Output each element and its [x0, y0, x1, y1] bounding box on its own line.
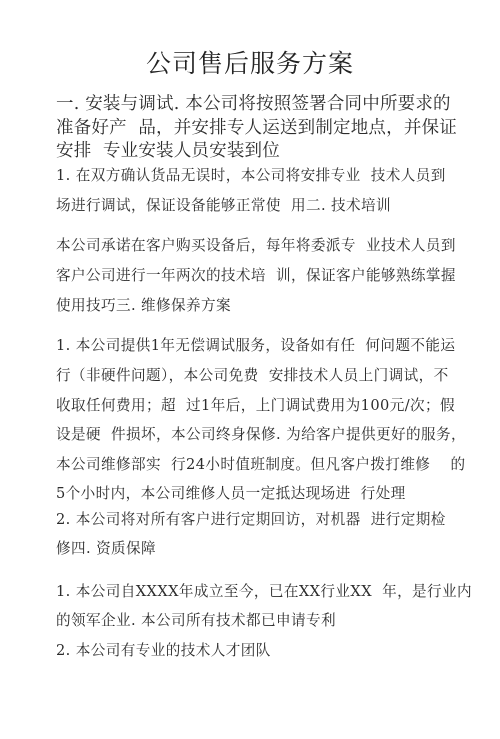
paragraph-line: 行（非硬件问题），本公司免费 安排技术人员上门调试，不	[56, 366, 449, 386]
document-title: 公司售后服务方案	[0, 48, 500, 80]
paragraph-line: 收取任何费用；超 过1年后，上门调试费用为100元/次；假	[56, 396, 455, 416]
paragraph-line: 1. 在双方确认货品无误时，本公司将安排专业 技术人员到	[56, 166, 446, 186]
paragraph-line: 本公司维修部实 行24小时值班制度。但凡客户拨打维修 的	[56, 455, 465, 475]
paragraph-line: 的领军企业. 本公司所有技术都已申请专利	[56, 611, 336, 631]
paragraph-line: 修四. 资质保障	[56, 539, 156, 559]
paragraph-line: 场进行调试，保证设备能够正常使 用二. 技术培训	[56, 196, 391, 216]
paragraph-line: 2. 本公司有专业的技术人才团队	[56, 641, 271, 661]
paragraph-line: 1. 本公司自XXXX年成立至今，已在XX行业XX 年，是行业内	[56, 582, 472, 602]
section-1-heading-line-1: 一. 安装与调试. 本公司将按照签署合同中所要求的	[56, 92, 451, 116]
paragraph-line: 5个小时内，本公司维修人员一定抵达现场进 行处理	[56, 484, 406, 504]
paragraph-line: 本公司承诺在客户购买设备后，每年将委派专 业技术人员到	[56, 236, 456, 256]
section-1-heading-line-3: 安排 专业安装人员安装到位	[56, 139, 280, 163]
paragraph-line: 客户公司进行一年两次的技术培 训，保证客户能够熟练掌握	[56, 266, 456, 286]
paragraph-line: 设是硬 件损坏，本公司终身保修. 为给客户提供更好的服务，	[56, 425, 466, 445]
paragraph-line: 2. 本公司将对所有客户进行定期回访，对机器 进行定期检	[56, 510, 446, 530]
document-page: 公司售后服务方案 一. 安装与调试. 本公司将按照签署合同中所要求的 准备好产 …	[0, 0, 500, 739]
section-1-heading-line-2: 准备好产 品，并安排专人运送到制定地点，并保证	[56, 116, 457, 140]
paragraph-line: 使用技巧三. 维修保养方案	[56, 296, 231, 316]
paragraph-line: 1. 本公司提供1年无偿调试服务，设备如有任 何问题不能运	[56, 336, 455, 356]
